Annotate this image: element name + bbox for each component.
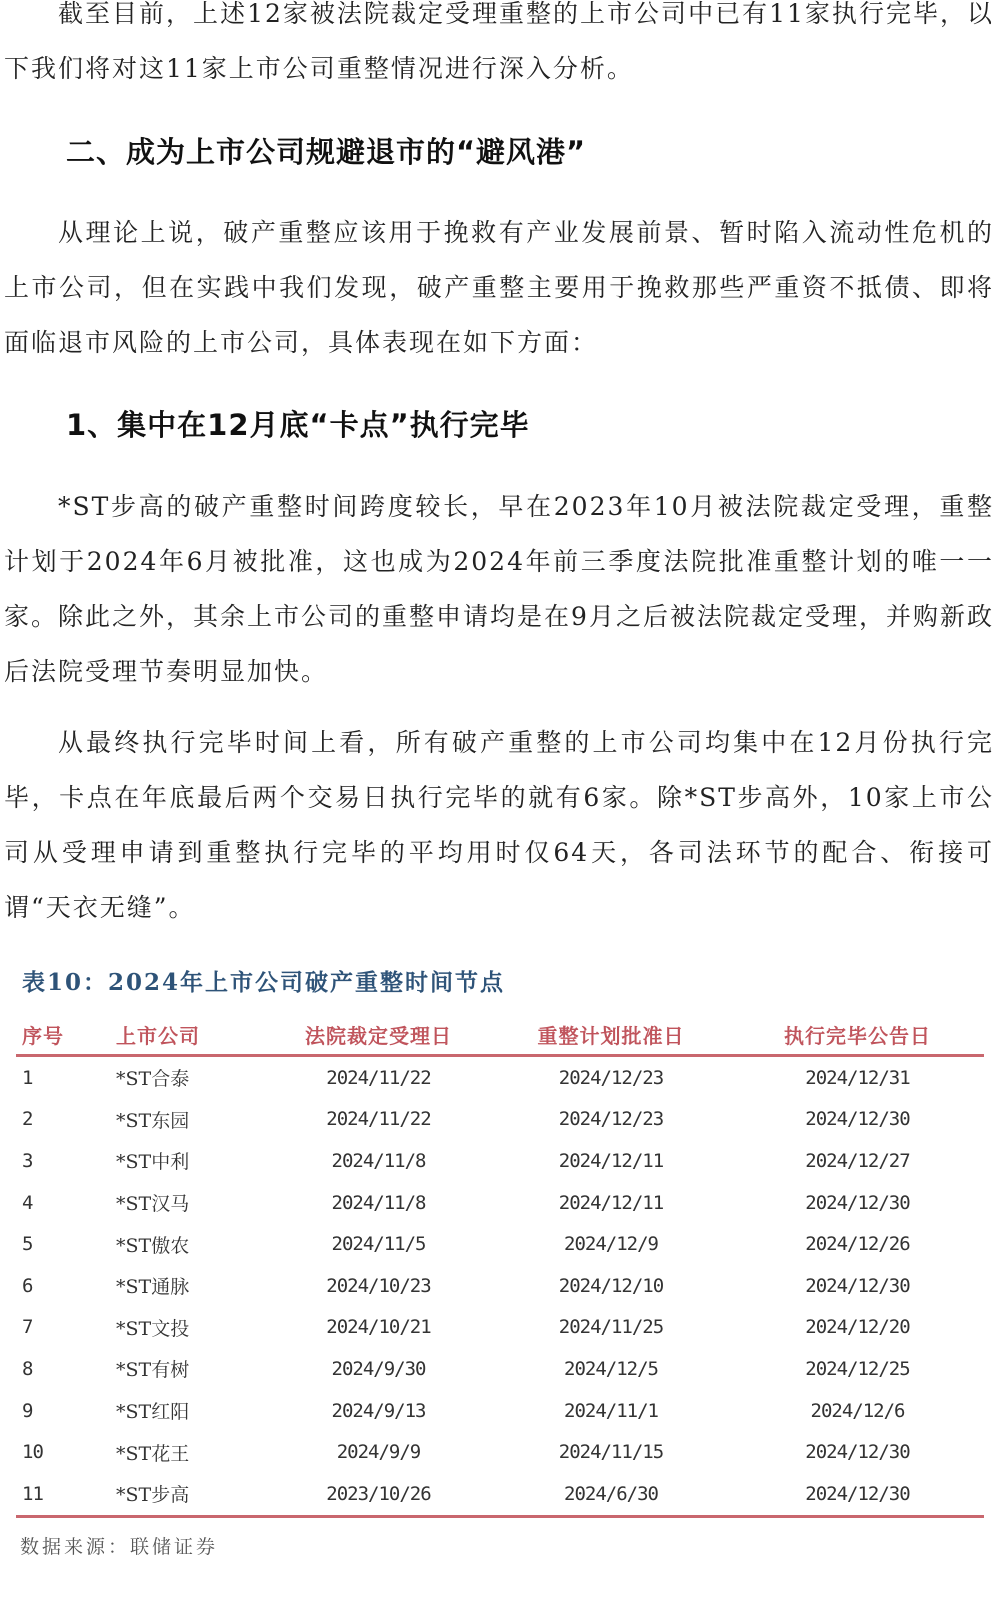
header-company: 上市公司: [116, 1014, 266, 1056]
cell-plan-approval-date: 2024/11/15: [491, 1431, 731, 1473]
cell-company: *ST东园: [116, 1099, 266, 1141]
cell-acceptance-date: 2024/9/13: [266, 1390, 491, 1432]
cell-completion-date: 2024/12/30: [731, 1182, 984, 1224]
cell-plan-approval-date: 2024/11/1: [491, 1390, 731, 1432]
table-row: 10*ST花王2024/9/92024/11/152024/12/30: [16, 1431, 984, 1473]
cell-company: *ST文投: [116, 1307, 266, 1349]
cell-index: 2: [16, 1099, 116, 1141]
cell-acceptance-date: 2024/11/5: [266, 1223, 491, 1265]
table-row: 4*ST汉马2024/11/82024/12/112024/12/30: [16, 1182, 984, 1224]
table-row: 8*ST有树2024/9/302024/12/52024/12/25: [16, 1348, 984, 1390]
table-row: 6*ST通脉2024/10/232024/12/102024/12/30: [16, 1265, 984, 1307]
cell-completion-date: 2024/12/26: [731, 1223, 984, 1265]
cell-index: 1: [16, 1056, 116, 1099]
completion-timing-paragraph: 从最终执行完毕时间上看，所有破产重整的上市公司均集中在12月份执行完毕，卡点在年…: [4, 715, 994, 935]
cell-index: 6: [16, 1265, 116, 1307]
cell-completion-date: 2024/12/20: [731, 1307, 984, 1349]
cell-completion-date: 2024/12/25: [731, 1348, 984, 1390]
cell-completion-date: 2024/12/30: [731, 1265, 984, 1307]
theory-paragraph: 从理论上说，破产重整应该用于挽救有产业发展前景、暂时陷入流动性危机的上市公司，但…: [4, 205, 994, 370]
data-source-note: 数据来源：联储证券: [20, 1532, 218, 1559]
cell-index: 11: [16, 1473, 116, 1516]
cell-index: 3: [16, 1140, 116, 1182]
table-row: 11*ST步高2023/10/262024/6/302024/12/30: [16, 1473, 984, 1516]
cell-index: 8: [16, 1348, 116, 1390]
table-row: 5*ST傲农2024/11/52024/12/92024/12/26: [16, 1223, 984, 1265]
cell-acceptance-date: 2024/10/23: [266, 1265, 491, 1307]
table-row: 9*ST红阳2024/9/132024/11/12024/12/6: [16, 1390, 984, 1432]
cell-plan-approval-date: 2024/12/11: [491, 1140, 731, 1182]
st-bugao-paragraph: *ST步高的破产重整时间跨度较长，早在2023年10月被法院裁定受理，重整计划于…: [4, 479, 994, 699]
cell-index: 9: [16, 1390, 116, 1432]
cell-index: 10: [16, 1431, 116, 1473]
cell-plan-approval-date: 2024/12/23: [491, 1099, 731, 1141]
table-header-row: 序号 上市公司 法院裁定受理日 重整计划批准日 执行完毕公告日: [16, 1014, 984, 1056]
cell-acceptance-date: 2024/10/21: [266, 1307, 491, 1349]
cell-acceptance-date: 2024/11/22: [266, 1056, 491, 1099]
cell-company: *ST汉马: [116, 1182, 266, 1224]
cell-plan-approval-date: 2024/11/25: [491, 1307, 731, 1349]
cell-plan-approval-date: 2024/12/23: [491, 1056, 731, 1099]
cell-acceptance-date: 2023/10/26: [266, 1473, 491, 1516]
table-row: 1*ST合泰2024/11/222024/12/232024/12/31: [16, 1056, 984, 1099]
cell-plan-approval-date: 2024/12/10: [491, 1265, 731, 1307]
cell-plan-approval-date: 2024/6/30: [491, 1473, 731, 1516]
cell-acceptance-date: 2024/11/22: [266, 1099, 491, 1141]
cell-acceptance-date: 2024/11/8: [266, 1182, 491, 1224]
cell-company: *ST傲农: [116, 1223, 266, 1265]
cell-acceptance-date: 2024/9/30: [266, 1348, 491, 1390]
section-heading: 二、成为上市公司规避退市的“避风港”: [66, 130, 586, 171]
cell-plan-approval-date: 2024/12/11: [491, 1182, 731, 1224]
table-row: 2*ST东园2024/11/222024/12/232024/12/30: [16, 1099, 984, 1141]
cell-company: *ST步高: [116, 1473, 266, 1516]
cell-plan-approval-date: 2024/12/9: [491, 1223, 731, 1265]
cell-completion-date: 2024/12/30: [731, 1099, 984, 1141]
intro-paragraph: 截至目前，上述12家被法院裁定受理重整的上市公司中已有11家执行完毕，以下我们将…: [4, 0, 994, 96]
table-row: 7*ST文投2024/10/212024/11/252024/12/20: [16, 1307, 984, 1349]
cell-company: *ST花王: [116, 1431, 266, 1473]
header-plan-approval-date: 重整计划批准日: [491, 1014, 731, 1056]
cell-completion-date: 2024/12/27: [731, 1140, 984, 1182]
cell-company: *ST合泰: [116, 1056, 266, 1099]
cell-completion-date: 2024/12/31: [731, 1056, 984, 1099]
header-acceptance-date: 法院裁定受理日: [266, 1014, 491, 1056]
header-index: 序号: [16, 1014, 116, 1056]
cell-acceptance-date: 2024/9/9: [266, 1431, 491, 1473]
cell-index: 4: [16, 1182, 116, 1224]
table-body: 1*ST合泰2024/11/222024/12/232024/12/312*ST…: [16, 1056, 984, 1517]
cell-company: *ST红阳: [116, 1390, 266, 1432]
table-row: 3*ST中利2024/11/82024/12/112024/12/27: [16, 1140, 984, 1182]
cell-completion-date: 2024/12/6: [731, 1390, 984, 1432]
header-completion-date: 执行完毕公告日: [731, 1014, 984, 1056]
cell-acceptance-date: 2024/11/8: [266, 1140, 491, 1182]
cell-completion-date: 2024/12/30: [731, 1473, 984, 1516]
cell-company: *ST中利: [116, 1140, 266, 1182]
cell-completion-date: 2024/12/30: [731, 1431, 984, 1473]
cell-index: 5: [16, 1223, 116, 1265]
cell-index: 7: [16, 1307, 116, 1349]
table-title: 表10：2024年上市公司破产重整时间节点: [22, 964, 505, 997]
cell-plan-approval-date: 2024/12/5: [491, 1348, 731, 1390]
cell-company: *ST有树: [116, 1348, 266, 1390]
subsection-heading: 1、集中在12月底“卡点”执行完毕: [66, 403, 530, 444]
restructuring-timeline-table: 序号 上市公司 法院裁定受理日 重整计划批准日 执行完毕公告日 1*ST合泰20…: [16, 1014, 984, 1518]
cell-company: *ST通脉: [116, 1265, 266, 1307]
